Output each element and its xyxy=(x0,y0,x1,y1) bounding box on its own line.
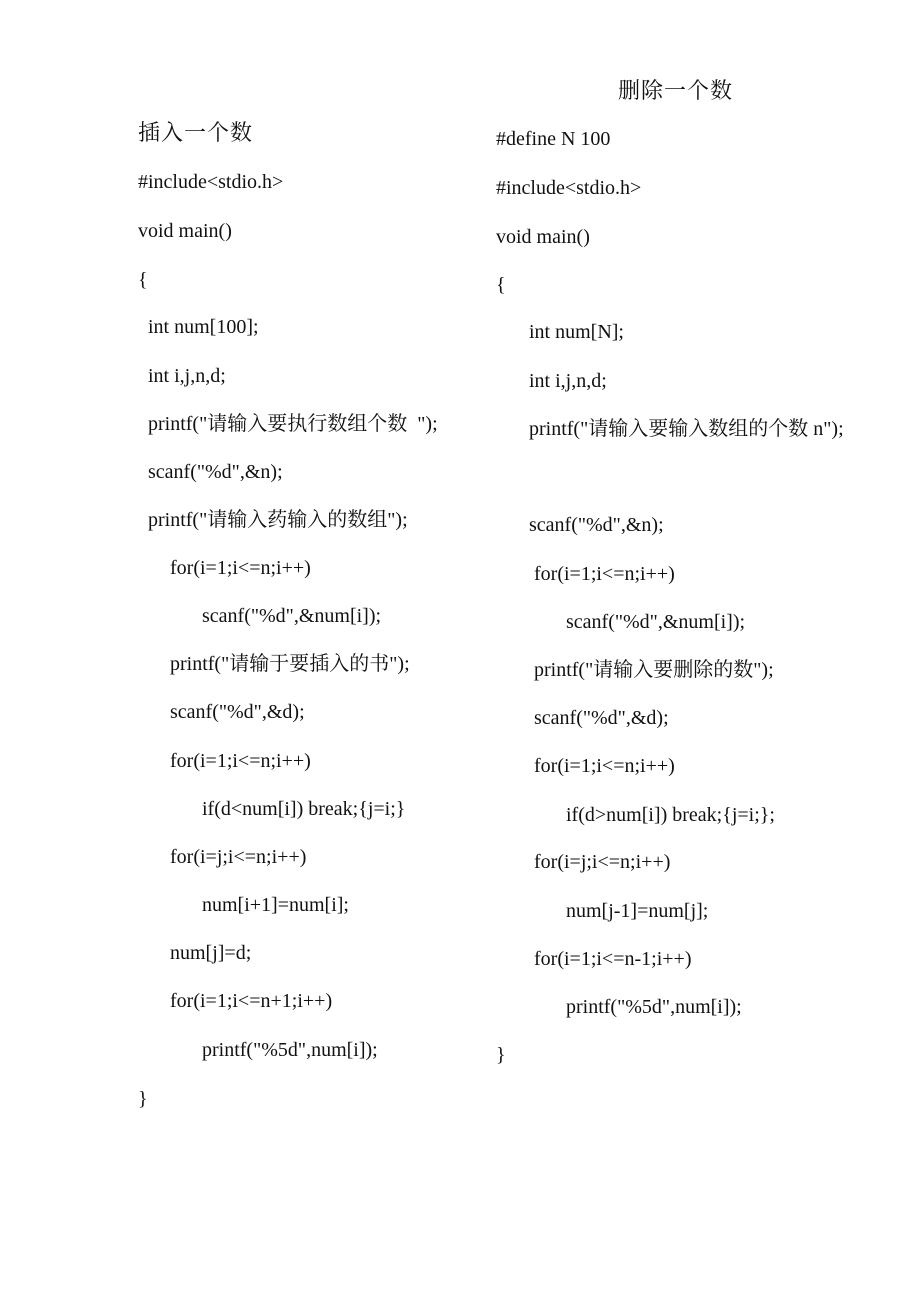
code-line: printf("请输于要插入的书"); xyxy=(170,652,410,676)
code-line: #define N 100 xyxy=(496,127,610,151)
document-page: 插入一个数 #include<stdio.h> void main() { in… xyxy=(0,0,915,1297)
code-line: printf("请输入要输入数组的个数 n"); xyxy=(529,417,844,441)
code-line: num[i+1]=num[i]; xyxy=(202,893,349,917)
code-line: int num[N]; xyxy=(529,320,624,344)
code-line: if(d<num[i]) break;{j=i;} xyxy=(202,797,405,821)
code-line: int i,j,n,d; xyxy=(148,364,226,388)
code-line: printf("%5d",num[i]); xyxy=(566,995,742,1019)
code-line: num[j]=d; xyxy=(170,941,251,965)
code-line: scanf("%d",&n); xyxy=(148,460,283,484)
code-line: scanf("%d",&num[i]); xyxy=(202,604,381,628)
code-line: for(i=1;i<=n;i++) xyxy=(534,562,675,586)
section-title-delete: 删除一个数 xyxy=(618,78,733,104)
code-line: scanf("%d",&num[i]); xyxy=(566,610,745,634)
code-line: } xyxy=(138,1087,148,1111)
code-line: } xyxy=(496,1043,506,1067)
code-line: for(i=1;i<=n-1;i++) xyxy=(534,947,691,971)
code-line: { xyxy=(496,273,506,297)
code-line: if(d>num[i]) break;{j=i;}; xyxy=(566,803,775,827)
code-line: printf("%5d",num[i]); xyxy=(202,1038,378,1062)
code-line: for(i=j;i<=n;i++) xyxy=(170,845,306,869)
code-line: scanf("%d",&d); xyxy=(170,700,305,724)
code-line: scanf("%d",&d); xyxy=(534,706,669,730)
code-line: for(i=1;i<=n+1;i++) xyxy=(170,989,332,1013)
code-line: num[j-1]=num[j]; xyxy=(566,899,708,923)
code-line: int i,j,n,d; xyxy=(529,369,607,393)
code-line: void main() xyxy=(138,219,232,243)
section-title-insert: 插入一个数 xyxy=(138,120,253,146)
code-line: int num[100]; xyxy=(148,315,259,339)
code-line: printf("请输入要执行数组个数 "); xyxy=(148,412,438,436)
code-line: void main() xyxy=(496,225,590,249)
code-line: printf("请输入药输入的数组"); xyxy=(148,508,408,532)
code-line: #include<stdio.h> xyxy=(138,170,283,194)
code-line: for(i=j;i<=n;i++) xyxy=(534,850,670,874)
code-line: { xyxy=(138,268,148,292)
code-line: for(i=1;i<=n;i++) xyxy=(170,749,311,773)
code-line: for(i=1;i<=n;i++) xyxy=(170,556,311,580)
code-line: for(i=1;i<=n;i++) xyxy=(534,754,675,778)
code-line: printf("请输入要删除的数"); xyxy=(534,658,774,682)
code-line: #include<stdio.h> xyxy=(496,176,641,200)
code-line: scanf("%d",&n); xyxy=(529,513,664,537)
